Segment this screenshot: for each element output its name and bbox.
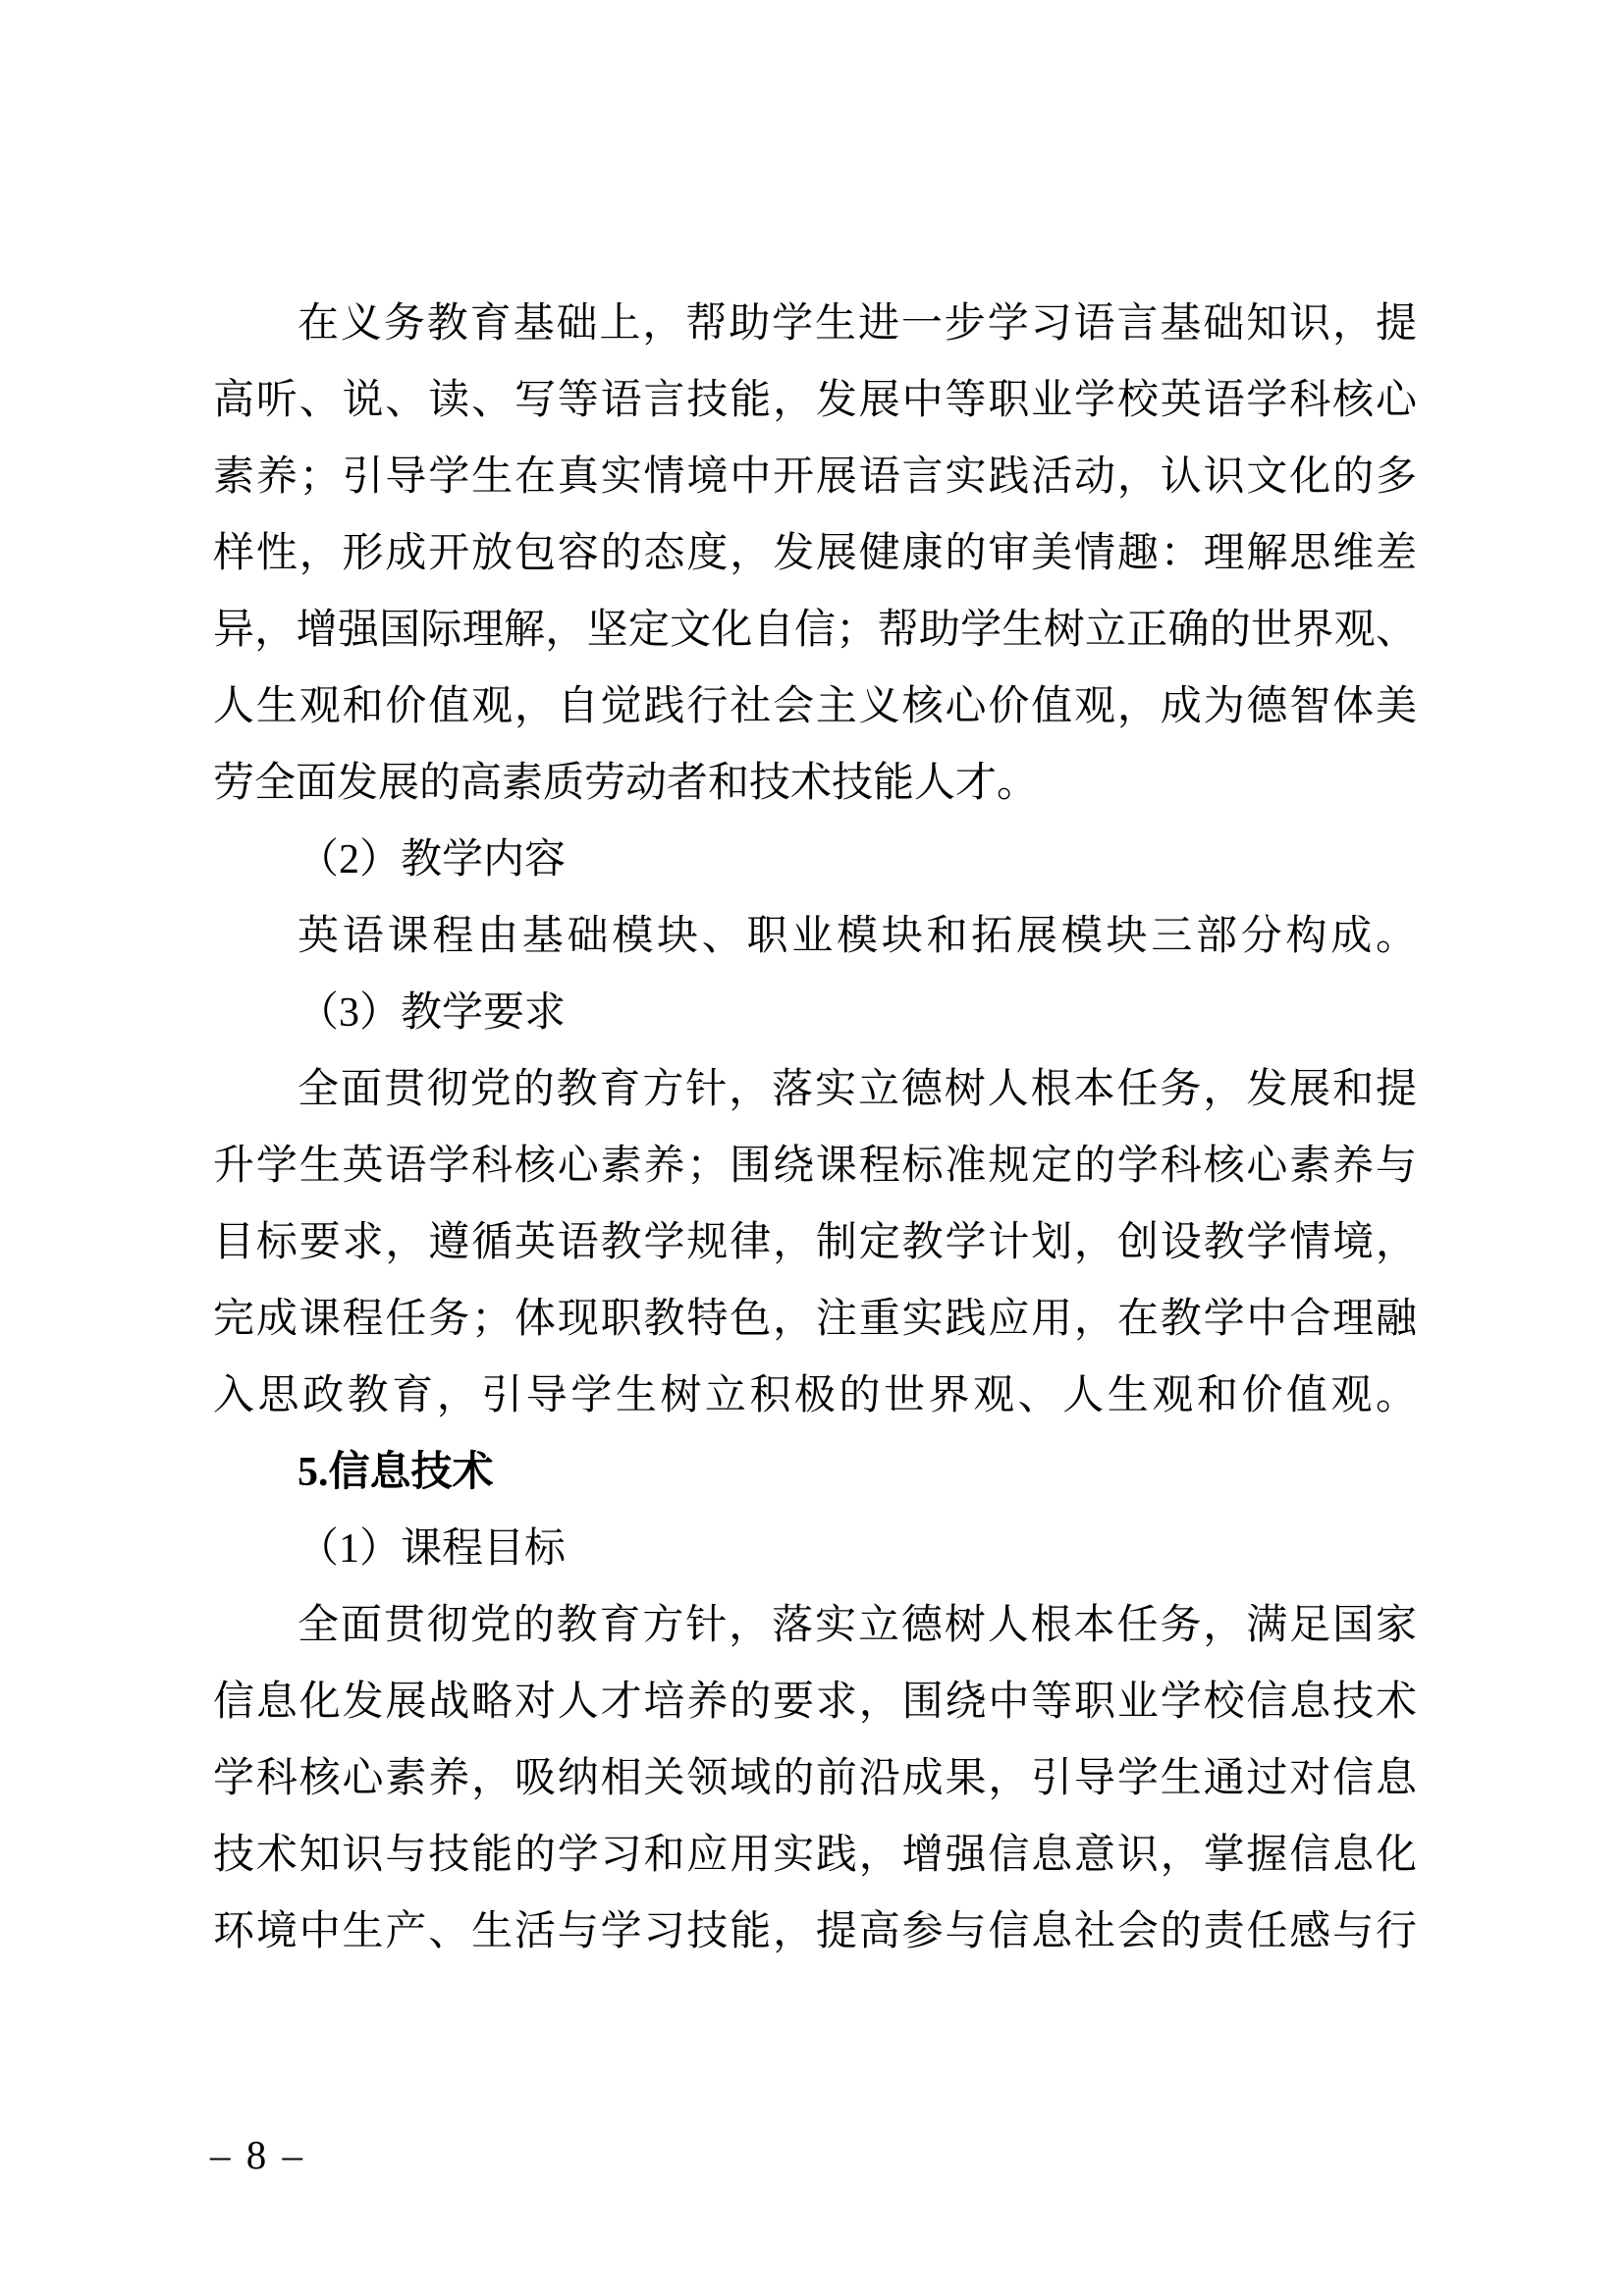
text-line: 劳全面发展的高素质劳动者和技术技能人才。: [213, 745, 1417, 822]
text-line: 环境中生产、生活与学习技能，提高参与信息社会的责任感与行: [213, 1894, 1417, 1970]
text-line: 目标要求，遵循英语教学规律，制定教学计划，创设教学情境，: [213, 1204, 1417, 1281]
text-line: 在义务教育基础上，帮助学生进一步学习语言基础知识，提: [213, 286, 1417, 362]
paragraph-heading-information-technology: 5.信息技术: [213, 1434, 1417, 1511]
paragraph-heading-teaching-requirements: （3）教学要求: [213, 975, 1417, 1051]
text-line: 异，增强国际理解，坚定文化自信；帮助学生树立正确的世界观、: [213, 592, 1417, 668]
page-number: – 8 –: [210, 2132, 305, 2177]
text-line: 高听、说、读、写等语言技能，发展中等职业学校英语学科核心: [213, 362, 1417, 439]
text-line: 5.信息技术: [213, 1434, 1417, 1511]
text-line: （3）教学要求: [213, 975, 1417, 1051]
text-line: 全面贯彻党的教育方针，落实立德树人根本任务，发展和提: [213, 1051, 1417, 1128]
text-line: 英语课程由基础模块、职业模块和拓展模块三部分构成。: [213, 898, 1417, 975]
text-line: 完成课程任务；体现职教特色，注重实践应用，在教学中合理融: [213, 1281, 1417, 1358]
text-line: 入思政教育，引导学生树立积极的世界观、人生观和价值观。: [213, 1358, 1417, 1434]
paragraph-it-course-objectives-body: 全面贯彻党的教育方针，落实立德树人根本任务，满足国家信息化发展战略对人才培养的要…: [213, 1587, 1417, 1970]
paragraph-heading-teaching-content: （2）教学内容: [213, 822, 1417, 898]
paragraph-teaching-requirements-body: 全面贯彻党的教育方针，落实立德树人根本任务，发展和提升学生英语学科核心素养；围绕…: [213, 1051, 1417, 1434]
document-page: 在义务教育基础上，帮助学生进一步学习语言基础知识，提高听、说、读、写等语言技能，…: [0, 0, 1624, 2296]
text-line: 信息化发展战略对人才培养的要求，围绕中等职业学校信息技术: [213, 1664, 1417, 1740]
document-body: 在义务教育基础上，帮助学生进一步学习语言基础知识，提高听、说、读、写等语言技能，…: [213, 286, 1417, 1970]
text-line: 技术知识与技能的学习和应用实践，增强信息意识，掌握信息化: [213, 1817, 1417, 1894]
text-line: 升学生英语学科核心素养；围绕课程标准规定的学科核心素养与: [213, 1128, 1417, 1204]
paragraph-heading-course-objectives: （1）课程目标: [213, 1511, 1417, 1587]
text-line: 学科核心素养，吸纳相关领域的前沿成果，引导学生通过对信息: [213, 1740, 1417, 1817]
text-line: 素养；引导学生在真实情境中开展语言实践活动，认识文化的多: [213, 439, 1417, 515]
paragraph-teaching-content-body: 英语课程由基础模块、职业模块和拓展模块三部分构成。: [213, 898, 1417, 975]
text-line: （1）课程目标: [213, 1511, 1417, 1587]
text-line: 样性，形成开放包容的态度，发展健康的审美情趣：理解思维差: [213, 515, 1417, 592]
text-line: （2）教学内容: [213, 822, 1417, 898]
text-line: 人生观和价值观，自觉践行社会主义核心价值观，成为德智体美: [213, 668, 1417, 745]
paragraph-english-course-goal-continuation: 在义务教育基础上，帮助学生进一步学习语言基础知识，提高听、说、读、写等语言技能，…: [213, 286, 1417, 822]
text-line: 全面贯彻党的教育方针，落实立德树人根本任务，满足国家: [213, 1587, 1417, 1664]
